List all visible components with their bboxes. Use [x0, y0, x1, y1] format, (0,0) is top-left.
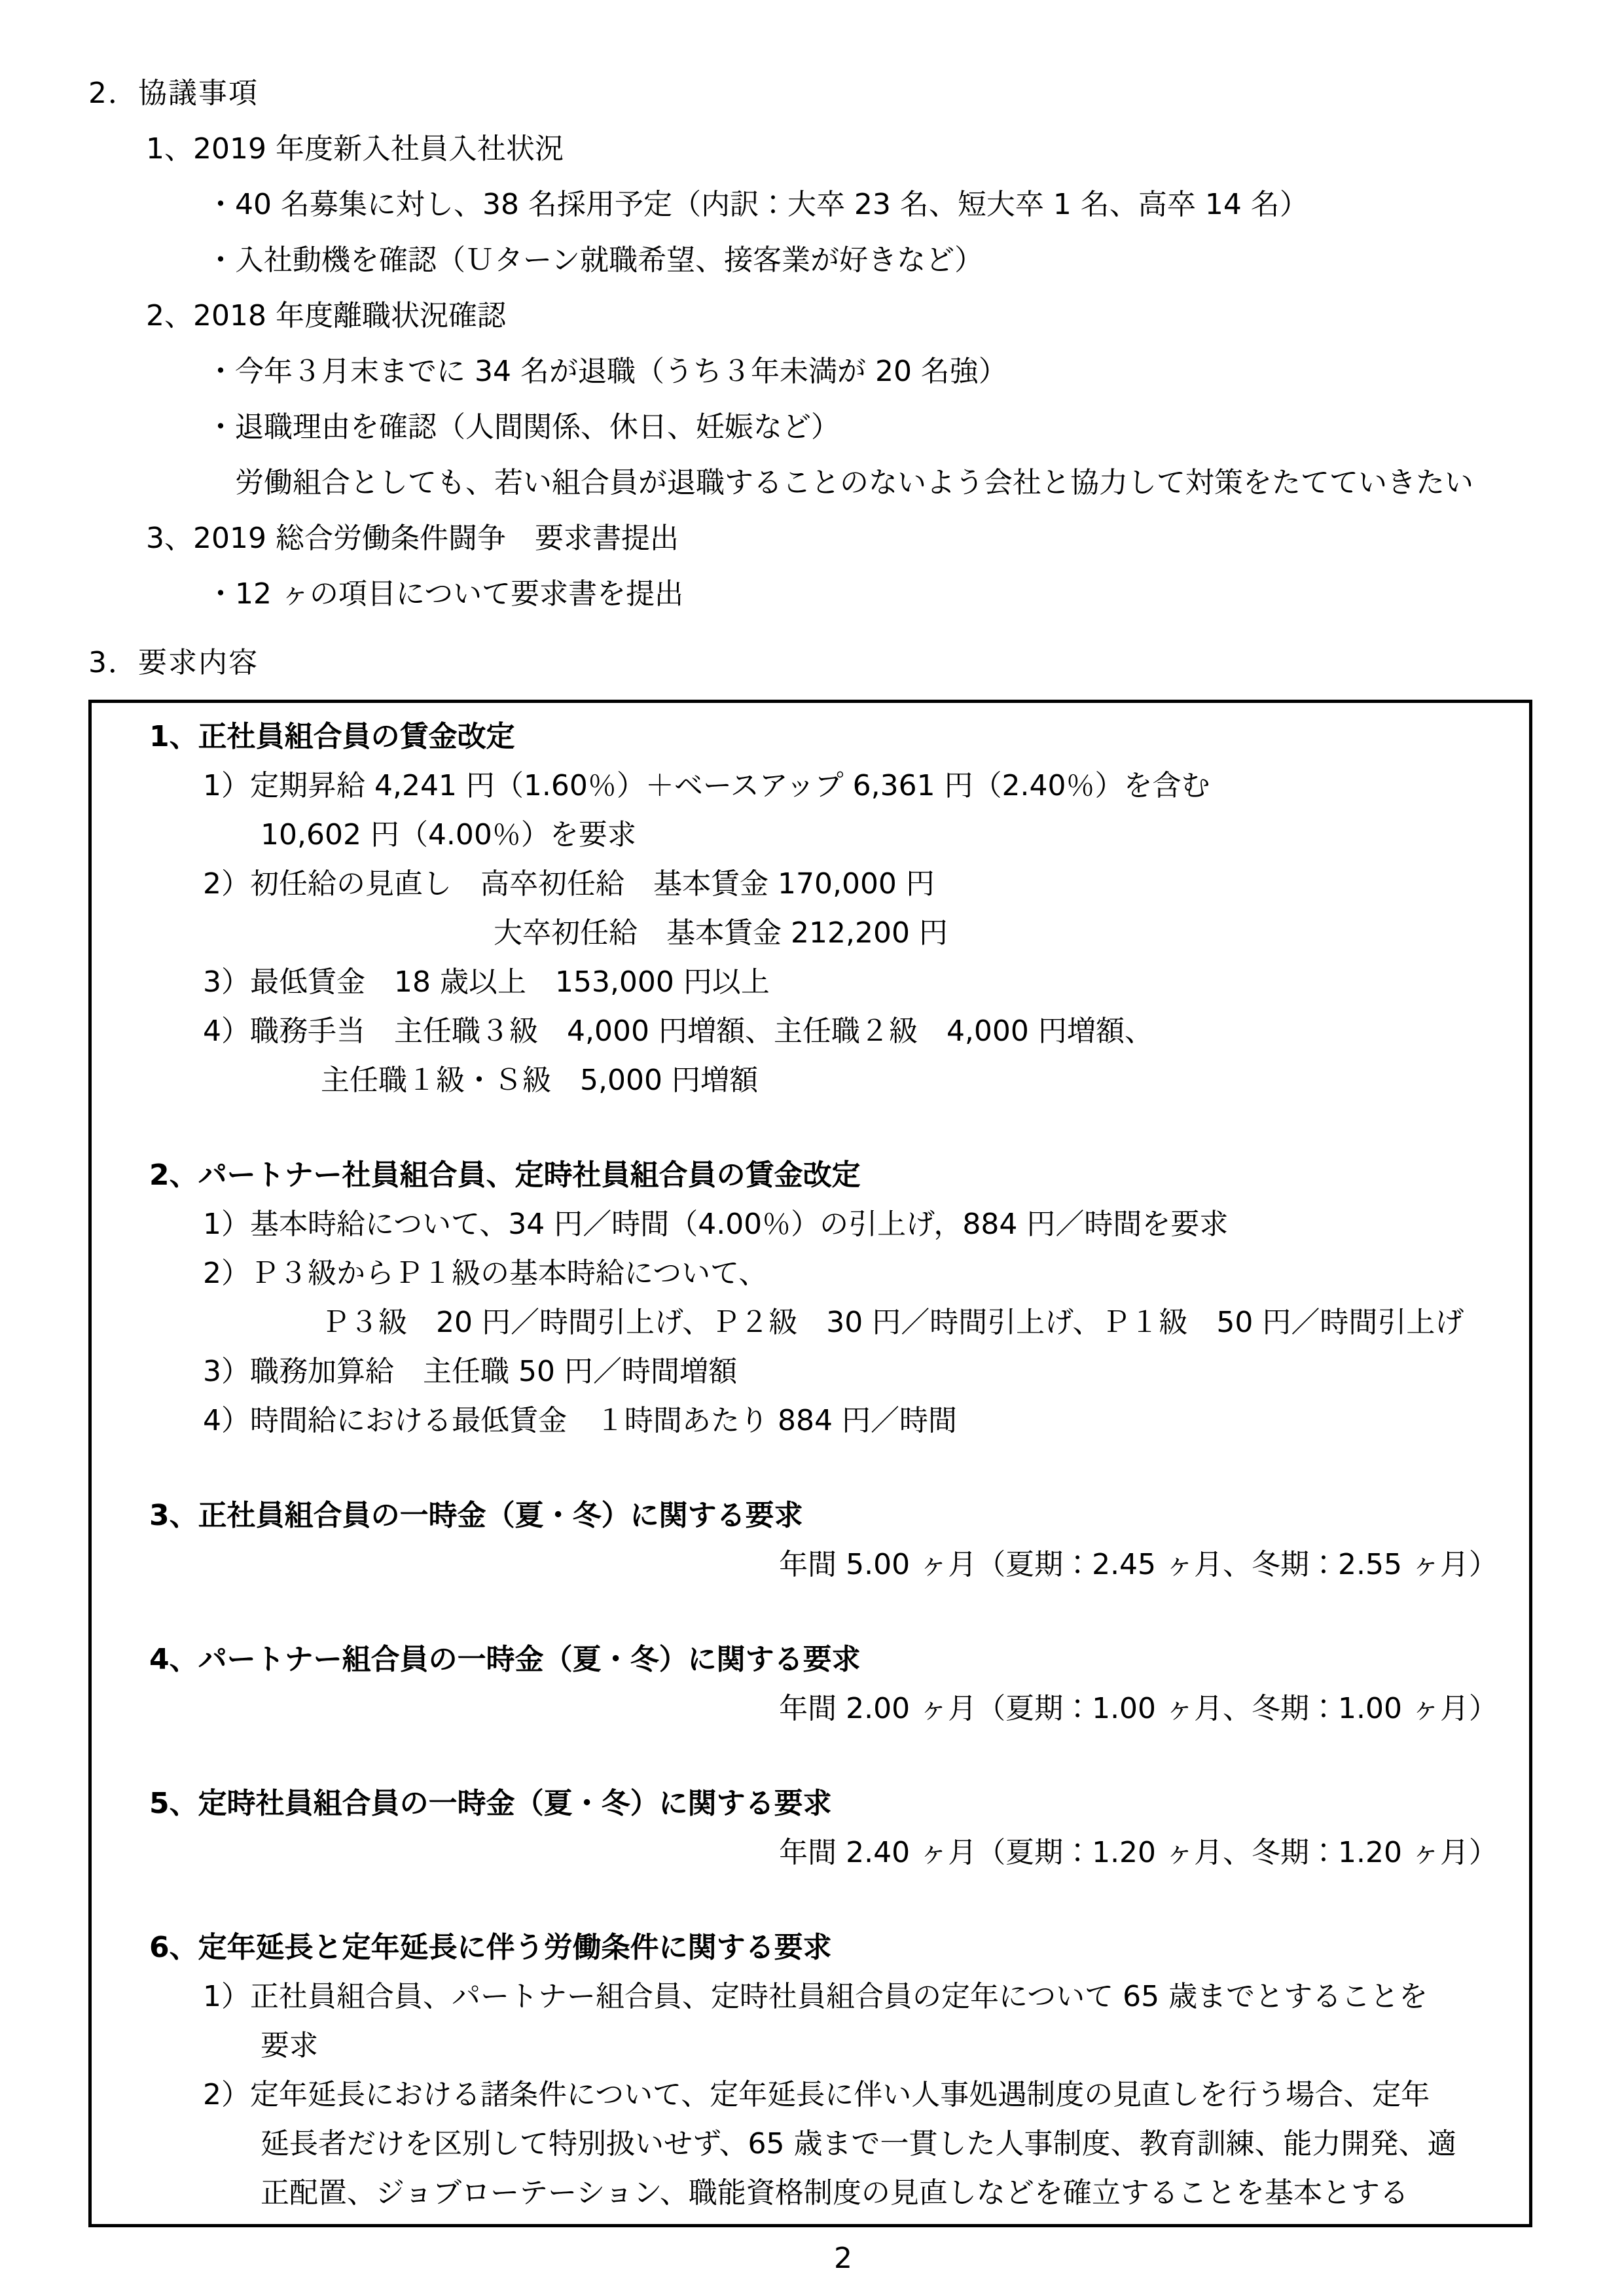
discussion-item2-bullet2: ・退職理由を確認（人間関係、休日、妊娠など） [88, 399, 1598, 455]
demands-group2-line3: Ｐ３級 20 円／時間引上げ、Ｐ２級 30 円／時間引上げ、Ｐ１級 50 円／時… [92, 1298, 1529, 1347]
demands-group4-title: 4、パートナー組合員の一時金（夏・冬）に関する要求 [92, 1635, 1529, 1684]
demands-group6-line1: 1）正社員組合員、パートナー組合員、定時社員組合員の定年について 65 歳までと… [92, 1972, 1529, 2021]
demands-group1-line6: 4）職務手当 主任職３級 4,000 円増額、主任職２級 4,000 円増額、 [92, 1007, 1529, 1056]
discussion-item1-bullet1: ・40 名募集に対し、38 名採用予定（内訳：大卒 23 名、短大卒 1 名、高… [88, 177, 1598, 232]
spacer [92, 1877, 1529, 1923]
demands-group6-line2: 要求 [92, 2021, 1529, 2070]
demands-group6-line4: 延長者だけを区別して特別扱いせず、65 歳まで一貫した人事制度、教育訓練、能力開… [92, 2119, 1529, 2168]
discussion-item3-title: 3、2019 総合労働条件闘争 要求書提出 [88, 511, 1598, 566]
discussion-item3-bullet1: ・12 ヶの項目について要求書を提出 [88, 566, 1598, 622]
discussion-item2-note: 労働組合としても、若い組合員が退職することのないよう会社と協力して対策をたててい… [88, 455, 1598, 511]
discussion-heading: 2．協議事項 [88, 65, 1598, 121]
demands-group3-amount: 年間 5.00 ヶ月（夏期：2.45 ヶ月、冬期：2.55 ヶ月） [92, 1540, 1529, 1589]
demands-group3-title: 3、正社員組合員の一時金（夏・冬）に関する要求 [92, 1491, 1529, 1540]
spacer [92, 1733, 1529, 1779]
discussion-item2-title: 2、2018 年度離職状況確認 [88, 288, 1598, 344]
spacer [92, 1589, 1529, 1635]
demands-group1-line7: 主任職１級・Ｓ級 5,000 円増額 [92, 1056, 1529, 1105]
spacer [92, 1105, 1529, 1151]
discussion-item1-title: 1、2019 年度新入社員入社状況 [88, 121, 1598, 177]
demands-heading: 3．要求内容 [88, 635, 1598, 691]
demands-group2-line4: 3）職務加算給 主任職 50 円／時間増額 [92, 1347, 1529, 1396]
demands-group2-line5: 4）時間給における最低賃金 １時間あたり 884 円／時間 [92, 1396, 1529, 1445]
demands-group2-line2: 2）Ｐ３級からＰ１級の基本時給について、 [92, 1249, 1529, 1298]
demands-group2-line1: 1）基本時給について、34 円／時間（4.00％）の引上げ，884 円／時間を要… [92, 1200, 1529, 1249]
demands-group1-title: 1、正社員組合員の賃金改定 [92, 712, 1529, 761]
demands-group6-line5: 正配置、ジョブローテーション、職能資格制度の見直しなどを確立することを基本とする [92, 2168, 1529, 2217]
document-page: { "page_number": "2", "discussion": { "h… [0, 0, 1624, 2296]
document-content: 2．協議事項 1、2019 年度新入社員入社状況 ・40 名募集に対し、38 名… [0, 0, 1624, 2278]
demands-group2-title: 2、パートナー社員組合員、定時社員組合員の賃金改定 [92, 1151, 1529, 1200]
demands-group5-title: 5、定時社員組合員の一時金（夏・冬）に関する要求 [92, 1779, 1529, 1828]
demands-group1-line3: 2）初任給の見直し 高卒初任給 基本賃金 170,000 円 [92, 859, 1529, 908]
discussion-item2-bullet1: ・今年３月末までに 34 名が退職（うち３年未満が 20 名強） [88, 344, 1598, 399]
demands-group1-line4: 大卒初任給 基本賃金 212,200 円 [92, 908, 1529, 958]
spacer [92, 1445, 1529, 1491]
demands-group6-line3: 2）定年延長における諸条件について、定年延長に伴い人事処遇制度の見直しを行う場合… [92, 2070, 1529, 2119]
demands-group4-amount: 年間 2.00 ヶ月（夏期：1.00 ヶ月、冬期：1.00 ヶ月） [92, 1684, 1529, 1733]
demands-group6-title: 6、定年延長と定年延長に伴う労働条件に関する要求 [92, 1923, 1529, 1972]
demands-group5-amount: 年間 2.40 ヶ月（夏期：1.20 ヶ月、冬期：1.20 ヶ月） [92, 1828, 1529, 1877]
page-number: 2 [88, 2239, 1598, 2278]
demands-box: 1、正社員組合員の賃金改定 1）定期昇給 4,241 円（1.60％）＋ベースア… [88, 700, 1532, 2227]
discussion-item1-bullet2: ・入社動機を確認（Ｕターン就職希望、接客業が好きなど） [88, 232, 1598, 288]
demands-group1-line1: 1）定期昇給 4,241 円（1.60％）＋ベースアップ 6,361 円（2.4… [92, 761, 1529, 810]
demands-group1-line5: 3）最低賃金 18 歳以上 153,000 円以上 [92, 958, 1529, 1007]
demands-group1-line2: 10,602 円（4.00％）を要求 [92, 810, 1529, 859]
